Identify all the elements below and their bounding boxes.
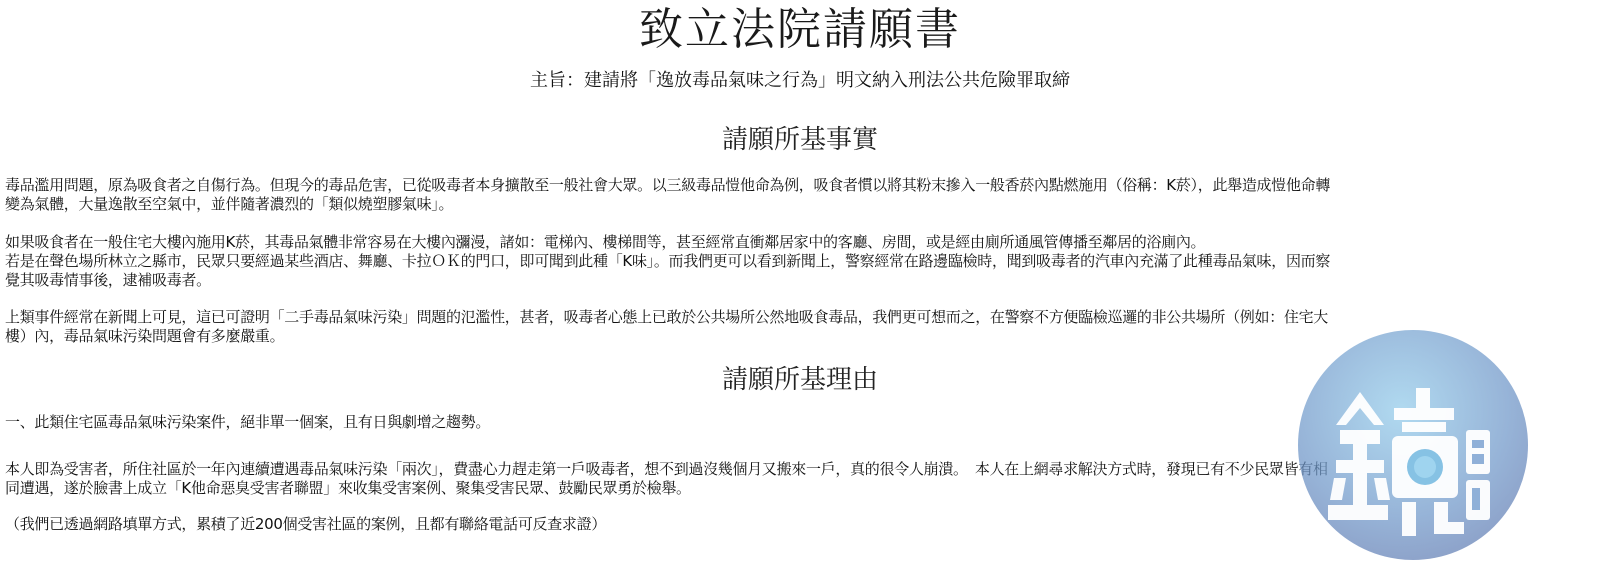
facts-paragraph-3: 上類事件經常在新聞上可見，這已可證明「二手毒品氣味污染」問題的氾濫性，甚者，吸毒… — [5, 308, 1595, 346]
reasons-paragraph-2: 本人即為受害者，所住社區於一年內連續遭遇毒品氣味污染「兩次」，費盡心力趕走第一戶… — [5, 460, 1595, 498]
paragraph-line: 上類事件經常在新聞上可見，這已可證明「二手毒品氣味污染」問題的氾濫性，甚者，吸毒… — [5, 308, 1595, 327]
petition-document: 致立法院請願書 主旨：建請將「逸放毒品氣味之行為」明文納入刑法公共危險罪取締 請… — [0, 0, 1600, 566]
paragraph-line: 毒品濫用問題，原為吸食者之自傷行為。但現今的毒品危害，已從吸毒者本身擴散至一般社… — [5, 176, 1595, 195]
document-title: 致立法院請願書 — [0, 2, 1600, 58]
paragraph-line: 若是在聲色場所林立之縣市，民眾只要經過某些酒店、舞廳、卡拉ＯＫ的門口，即可聞到此… — [5, 252, 1595, 271]
facts-paragraph-1: 毒品濫用問題，原為吸食者之自傷行為。但現今的毒品危害，已從吸毒者本身擴散至一般社… — [5, 176, 1595, 214]
paragraph-line: 變為氣體，大量逸散至空氣中，並伴隨著濃烈的「類似燒塑膠氣味」。 — [5, 195, 1595, 214]
paragraph-line: 本人即為受害者，所住社區於一年內連續遭遇毒品氣味污染「兩次」，費盡心力趕走第一戶… — [5, 460, 1595, 479]
section-heading-facts: 請願所基事實 — [0, 123, 1600, 157]
facts-paragraph-2: 如果吸食者在一般住宅大樓內施用K菸，其毒品氣體非常容易在大樓內瀰漫，諸如：電梯內… — [5, 233, 1595, 290]
reasons-paragraph-1: 一、此類住宅區毒品氣味污染案件，絕非單一個案，且有日與劇增之趨勢。 — [5, 413, 1595, 432]
paragraph-line: 覺其吸毒情事後，逮補吸毒者。 — [5, 271, 1595, 290]
paragraph-line: 一、此類住宅區毒品氣味污染案件，絕非單一個案，且有日與劇增之趨勢。 — [5, 413, 1595, 432]
paragraph-line: 樓）內，毒品氣味污染問題會有多麼嚴重。 — [5, 327, 1595, 346]
paragraph-line: 如果吸食者在一般住宅大樓內施用K菸，其毒品氣體非常容易在大樓內瀰漫，諸如：電梯內… — [5, 233, 1595, 252]
paragraph-line: （我們已透過網路填單方式，累積了近200個受害社區的案例，且都有聯絡電話可反查求… — [5, 515, 1595, 534]
reasons-paragraph-3: （我們已透過網路填單方式，累積了近200個受害社區的案例，且都有聯絡電話可反查求… — [5, 515, 1595, 534]
document-subject: 主旨：建請將「逸放毒品氣味之行為」明文納入刑法公共危險罪取締 — [0, 69, 1600, 93]
paragraph-line: 同遭遇，遂於臉書上成立「K他命惡臭受害者聯盟」來收集受害案例、聚集受害民眾、鼓勵… — [5, 479, 1595, 498]
section-heading-reasons: 請願所基理由 — [0, 363, 1600, 397]
